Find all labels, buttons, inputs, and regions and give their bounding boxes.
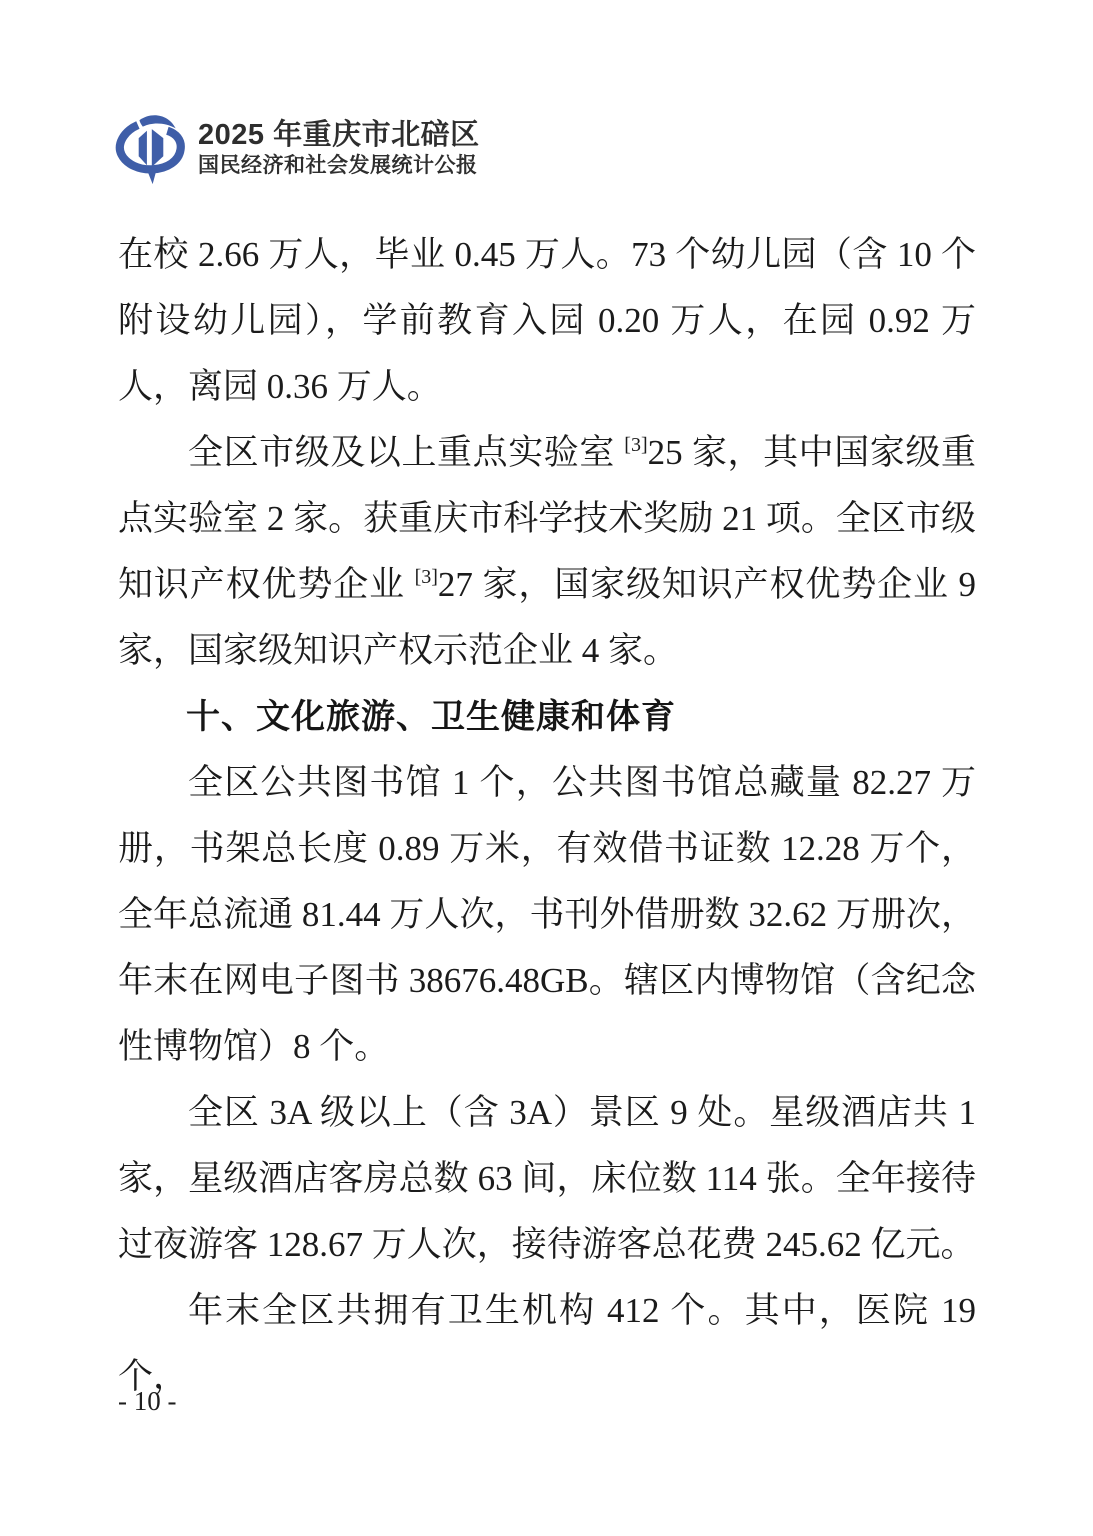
- footnote-ref-3: [3]: [624, 434, 647, 456]
- document-body: 在校 2.66 万人，毕业 0.45 万人。73 个幼儿园（含 10 个附设幼儿…: [118, 222, 976, 1410]
- document-page: 2025 年重庆市北碚区 国民经济和社会发展统计公报 在校 2.66 万人，毕业…: [0, 0, 1093, 1536]
- science-text-segment-1: 全区市级及以上重点实验室: [188, 433, 624, 472]
- report-title-line2: 国民经济和社会发展统计公报: [198, 152, 480, 179]
- report-title-block: 2025 年重庆市北碚区 国民经济和社会发展统计公报: [198, 118, 480, 179]
- page-number: - 10 -: [118, 1386, 176, 1416]
- paragraph-tourism-hotels: 全区 3A 级以上（含 3A）景区 9 处。星级酒店共 1 家，星级酒店客房总数…: [118, 1080, 976, 1278]
- paragraph-education-continuation: 在校 2.66 万人，毕业 0.45 万人。73 个幼儿园（含 10 个附设幼儿…: [118, 222, 976, 420]
- paragraph-health-institutions: 年末全区共拥有卫生机构 412 个。其中，医院 19 个，: [118, 1278, 976, 1410]
- paragraph-science-technology: 全区市级及以上重点实验室 [3]25 家，其中国家级重点实验室 2 家。获重庆市…: [118, 420, 976, 684]
- page-footer: - 10 -: [118, 1385, 176, 1417]
- report-title-line1: 2025 年重庆市北碚区: [198, 118, 480, 152]
- statistics-logo-icon: [110, 106, 192, 190]
- paragraph-library-museum: 全区公共图书馆 1 个，公共图书馆总藏量 82.27 万册，书架总长度 0.89…: [118, 750, 976, 1080]
- report-header: 2025 年重庆市北碚区 国民经济和社会发展统计公报: [110, 106, 480, 190]
- footnote-ref-3b: [3]: [415, 566, 438, 588]
- section-heading-culture-tourism-health-sports: 十、文化旅游、卫生健康和体育: [118, 684, 976, 750]
